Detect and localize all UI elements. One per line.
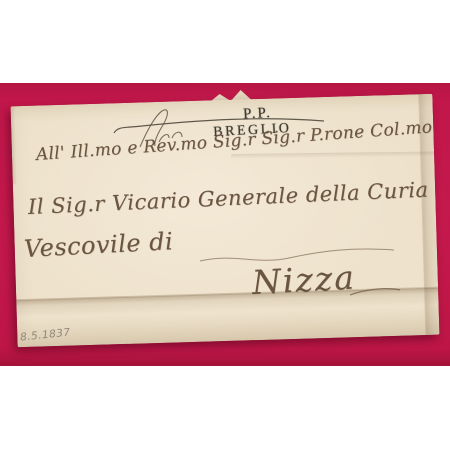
destination-nizza: Nizza — [251, 258, 357, 302]
vescovile-flourish — [200, 249, 394, 261]
cover-photo: P.P. BREGLIO All' Ill.mo e Rev.mo Sig.r … — [0, 83, 450, 366]
product-photo-page: P.P. BREGLIO All' Ill.mo e Rev.mo Sig.r … — [0, 0, 450, 450]
nizza-tail-flourish — [350, 289, 400, 295]
